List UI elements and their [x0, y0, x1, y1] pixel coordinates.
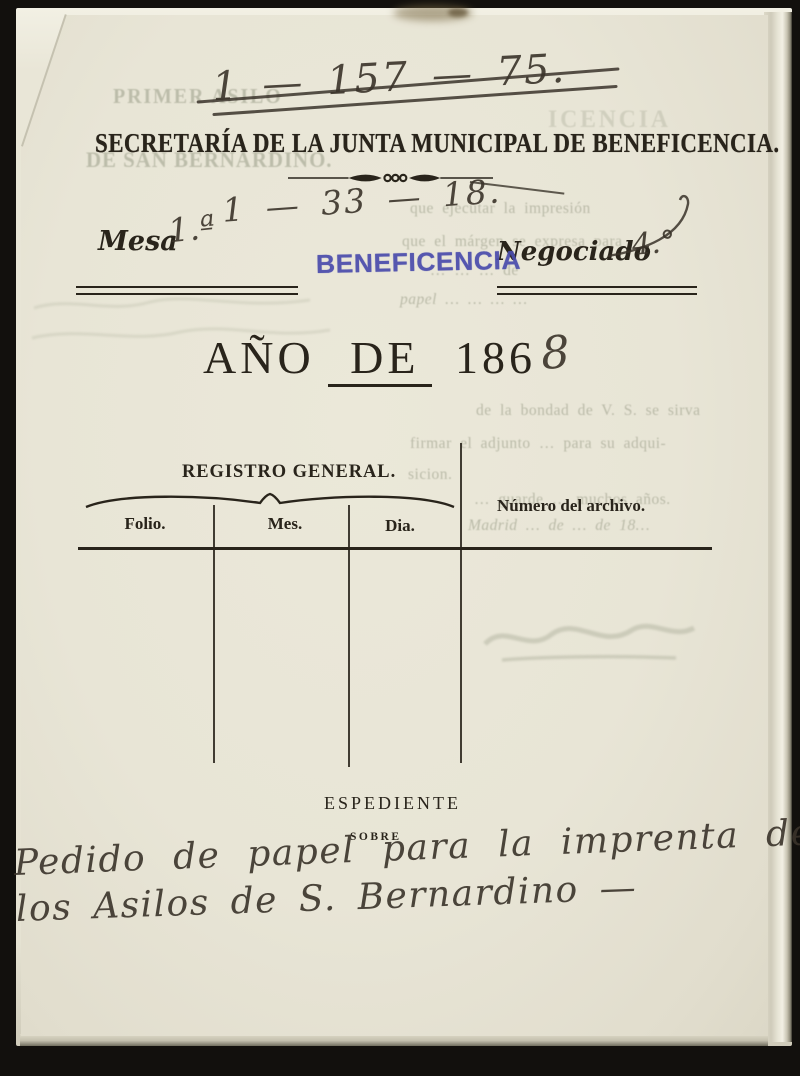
- bleedthrough-fragment: firmar el adjunto … para su adqui-: [410, 435, 666, 453]
- paper-stain-dark: [448, 8, 468, 17]
- year-underline: [328, 384, 432, 387]
- bleedthrough-fragment: de la bondad de V. S. se sirva: [476, 402, 701, 420]
- secretaria-title: SECRETARÍA DE LA JUNTA MUNICIPAL DE BENE…: [95, 128, 780, 159]
- bleedthrough-signature-scribble: [480, 612, 710, 672]
- table-vertical-line: [348, 505, 350, 767]
- mesa-rule: [76, 286, 298, 295]
- year-handwritten-digit: 8: [539, 325, 571, 380]
- column-header-mes: Mes.: [245, 514, 325, 534]
- negociado-rule: [497, 286, 697, 295]
- column-header-folio: Folio.: [105, 514, 185, 534]
- espediente-label: ESPEDIENTE: [324, 793, 461, 814]
- bleedthrough-fragment: sicion.: [408, 466, 452, 484]
- negociado-flourish-icon: [602, 192, 702, 260]
- registro-title: REGISTRO GENERAL.: [182, 461, 396, 483]
- scan-background: { "page": { "registry_numbers": { "cross…: [0, 0, 800, 1076]
- beneficencia-stamp: BENEFICENCIA: [316, 245, 522, 280]
- table-vertical-line: [460, 443, 462, 763]
- column-header-archivo: Número del archivo.: [497, 496, 645, 516]
- year-printed: AÑO DE 186: [203, 331, 536, 384]
- table-top-rule: [78, 547, 712, 550]
- mesa-label: Mesa: [98, 226, 178, 257]
- right-page-edges: [764, 12, 792, 1042]
- column-header-dia: Dia.: [360, 516, 440, 536]
- bleedthrough-fragment: Madrid … de … de 18…: [468, 517, 650, 535]
- table-vertical-line: [213, 505, 215, 763]
- mesa-value: 1.ª: [166, 207, 217, 251]
- table-brace-icon: [84, 490, 456, 510]
